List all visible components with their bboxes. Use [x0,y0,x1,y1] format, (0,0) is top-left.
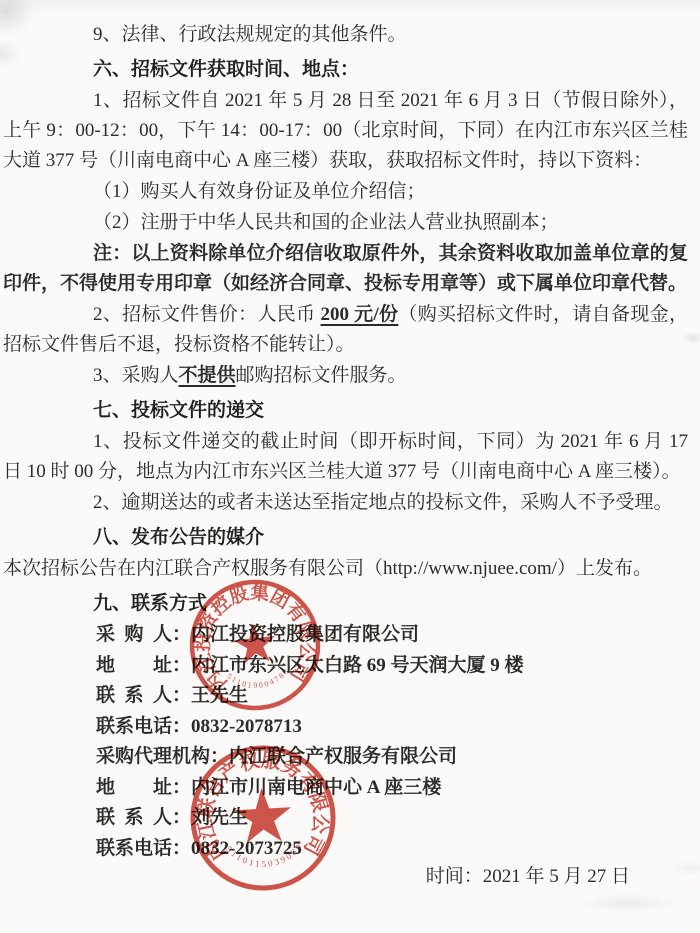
company-seal-investment-group: 内江投资控股集团有限公司 511019004788 [180,570,330,720]
mail-text-pre: 3、采购人 [93,365,179,386]
para-note: 注：以上资料除单位介绍信收取原件外，其余资料收取加盖单位章的复印件，不得使用专用… [3,239,688,299]
para-announcement-media: 本次招标公告在内江联合产权服务有限公司（http://www.njuee.com… [3,554,688,584]
section-8-heading: 八、发布公告的媒介 [3,523,688,553]
clause-other-conditions: 9、法律、行政法规规定的其他条件。 [3,20,688,50]
para-required-doc-2: （2）注册于中华人民共和国的企业法人营业执照副本； [3,208,688,238]
date-line: 时间：2021 年 5 月 27 日 [3,862,688,892]
document-page: 9、法律、行政法规规定的其他条件。 六、招标文件获取时间、地点： 1、招标文件自… [0,0,700,933]
seal-serial-number: 5110115039060 [224,840,307,871]
para-no-mail-order: 3、采购人不提供邮购招标文件服务。 [3,361,688,391]
seal-group: 内江投资控股集团有限公司 511019004788 [185,575,324,714]
document-body: 9、法律、行政法规规定的其他条件。 六、招标文件获取时间、地点： 1、招标文件自… [0,0,700,933]
section-7-heading: 七、投标文件的递交 [3,396,688,426]
contact-label: 地 址： [96,777,191,798]
star-icon [233,787,293,844]
para-late-submission: 2、逾期送达的或者未送达至指定地点的投标文件，采购人不予受理。 [3,488,688,518]
mail-underlined: 不提供 [179,365,236,386]
contact-label: 联系电话： [96,838,191,859]
price-underlined: 200 元/份 [321,304,399,325]
price-text-pre: 2、招标文件售价：人民币 [93,304,321,325]
contact-label: 地 址： [96,655,191,676]
company-seal-property-rights-service: 内江联合产权服务有限公司 5110115039060 [181,736,345,900]
para-required-doc-1: （1）购买人有效身份证及单位介绍信； [3,177,688,207]
seal-serial-number: 511019004788 [224,665,293,693]
seal-group: 内江联合产权服务有限公司 5110115039060 [189,744,336,891]
star-icon [232,621,278,665]
para-price: 2、招标文件售价：人民币 200 元/份（购买招标文件时，请自备现金，招标文件售… [3,300,688,360]
contact-label: 联系电话： [96,716,191,737]
section-6-heading: 六、招标文件获取时间、地点： [3,55,688,85]
contact-label: 采 购 人： [96,624,191,645]
mail-text-post: 邮购招标文件服务。 [236,365,407,386]
contact-label: 联 系 人： [96,807,191,828]
contact-label: 联 系 人： [96,685,191,706]
para-submission-deadline: 1、投标文件递交的截止时间（即开标时间，下同）为 2021 年 6 月 17 日… [3,427,688,487]
para-obtain-time-place: 1、招标文件自 2021 年 5 月 28 日至 2021 年 6 月 3 日（… [3,86,688,176]
section-9-heading: 九、联系方式 [3,589,688,619]
